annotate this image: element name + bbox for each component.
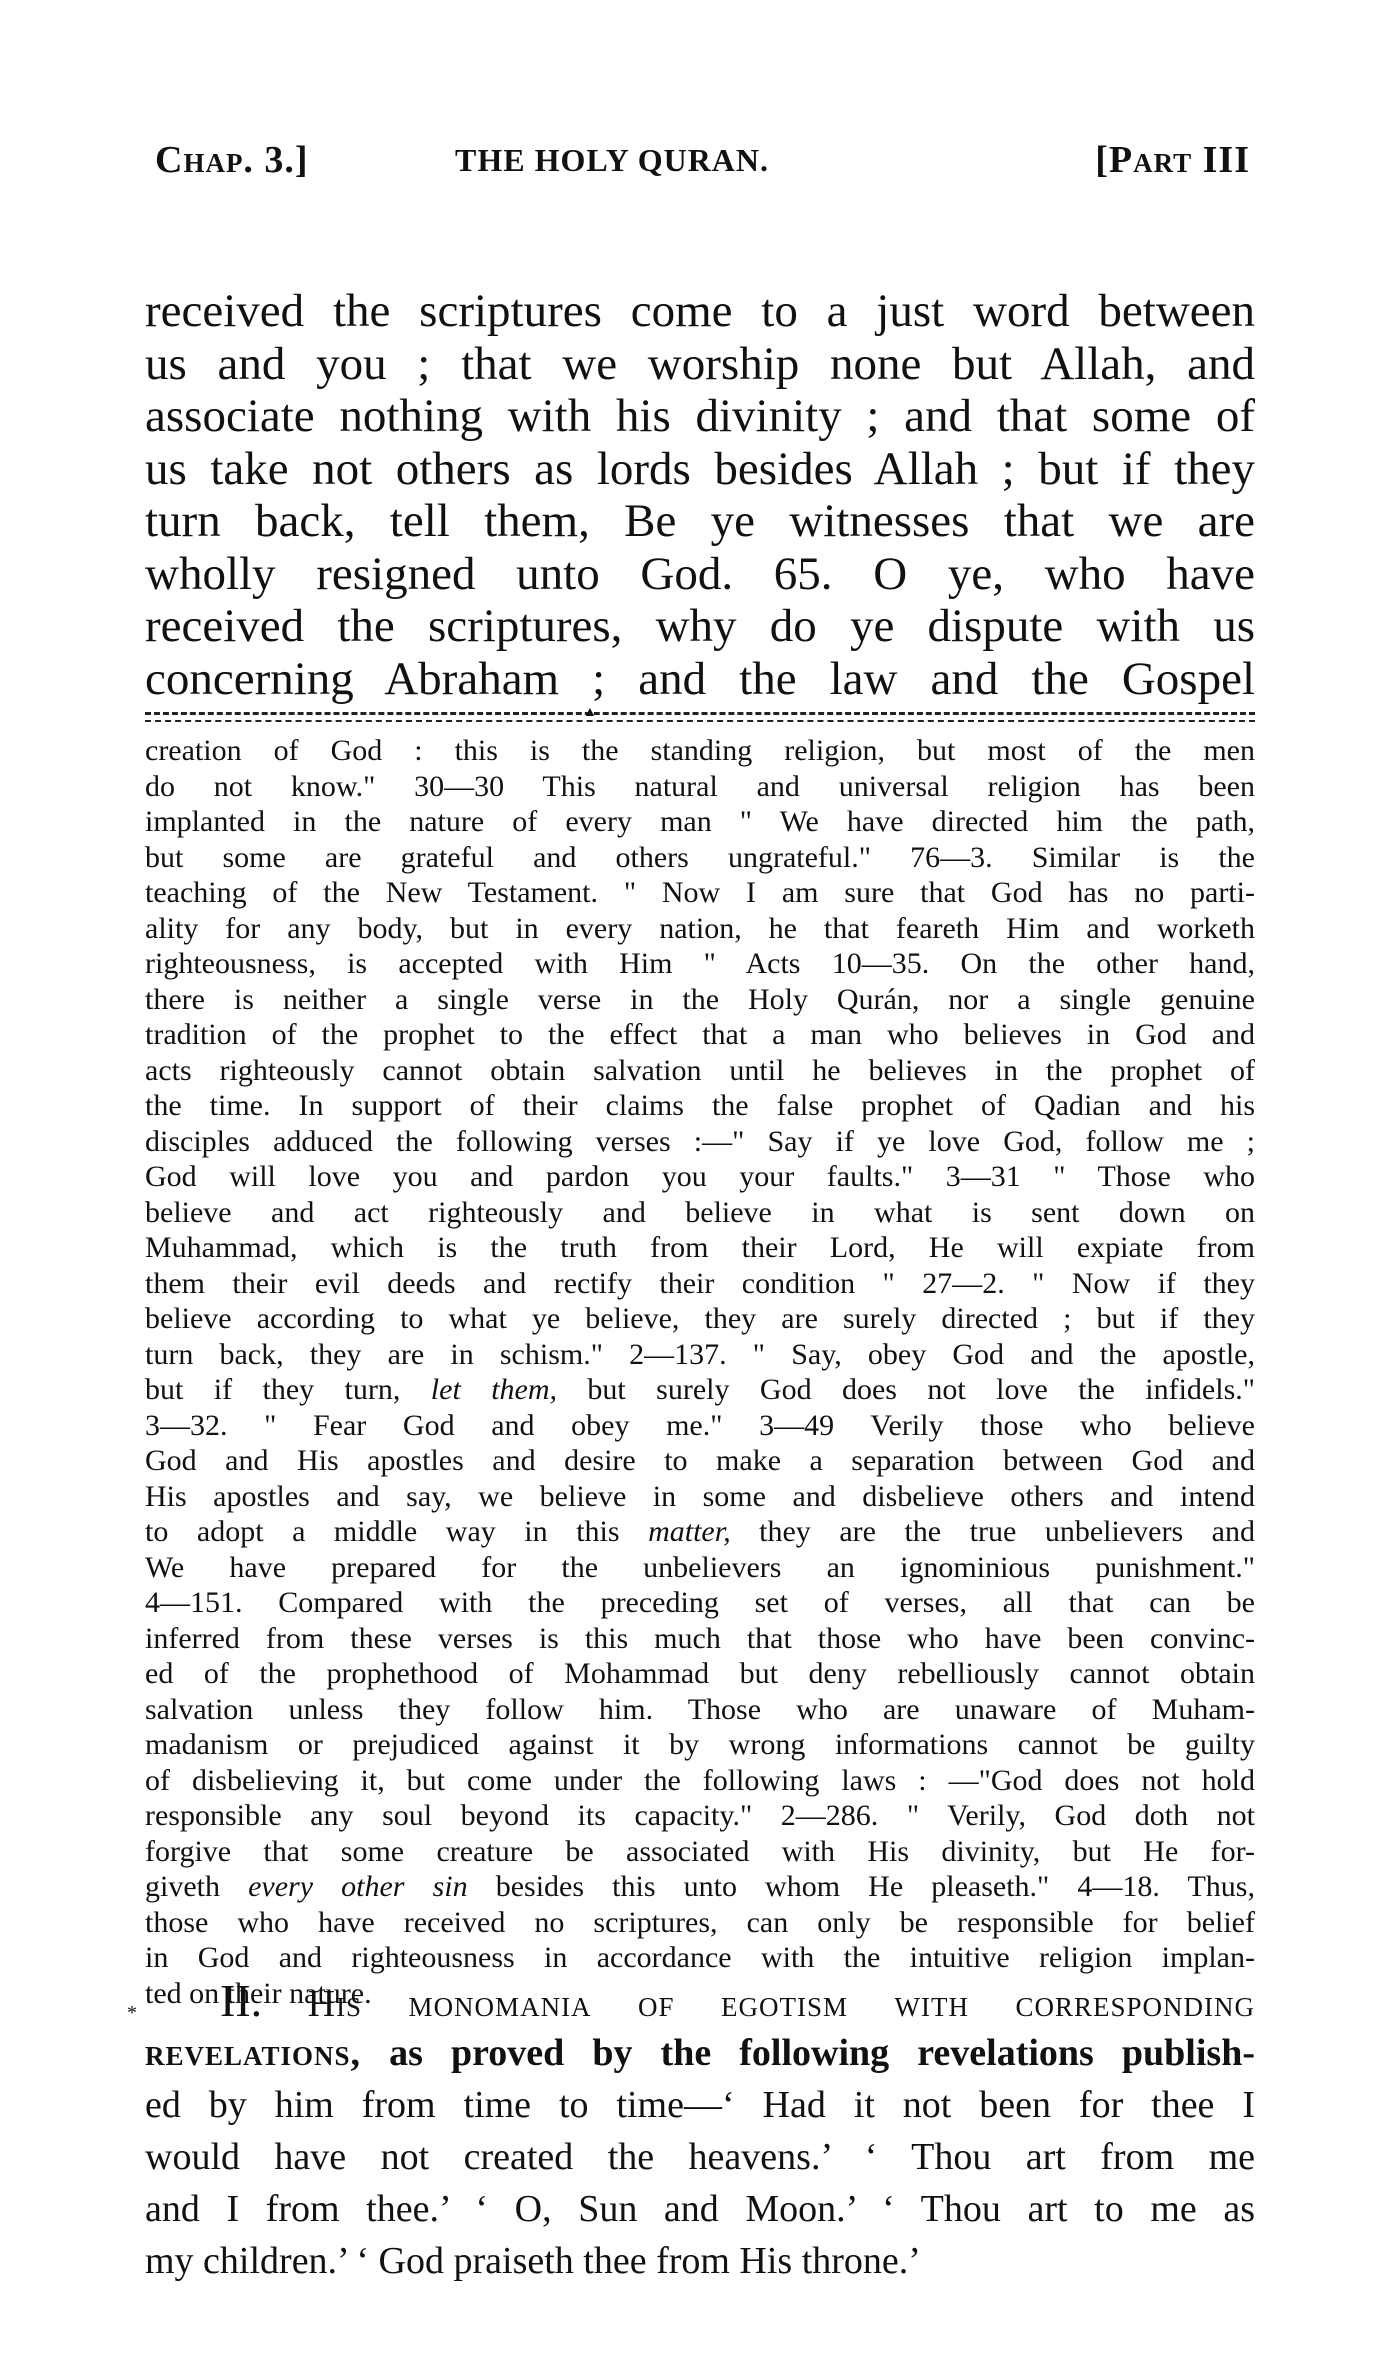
footnote-line: ality for any body, but in every nation,…	[145, 911, 1255, 947]
text-run: they are the true unbelievers and	[731, 1515, 1255, 1548]
section-heading: II. His monomania of egotism with corres…	[145, 1975, 1255, 2027]
footnote-line: God and His apostles and desire to make …	[145, 1443, 1255, 1479]
text-line: received the scriptures come to a just w…	[145, 285, 1255, 338]
footnote-line: madanism or prejudiced against it by wro…	[145, 1727, 1255, 1763]
footnote-line: inferred from these verses is this much …	[145, 1621, 1255, 1657]
footnote-line: believe and act righteously and believe …	[145, 1195, 1255, 1231]
italic-run: matter,	[648, 1515, 731, 1548]
text-line: received the scriptures, why do ye dispu…	[145, 600, 1255, 653]
section-numeral: II.	[220, 1975, 262, 2026]
text-run: as proved by the following revelations p…	[361, 2032, 1255, 2074]
running-head: Chap. 3.] THE HOLY QURAN. [Part III	[155, 138, 1250, 188]
footnote-line: acts righteously cannot obtain salvation…	[145, 1053, 1255, 1089]
section-ii: II. His monomania of egotism with corres…	[145, 1975, 1255, 2287]
footnote-line: teaching of the New Testament. " Now I a…	[145, 875, 1255, 911]
footnote-line: righteousness, is accepted with Him " Ac…	[145, 946, 1255, 982]
footnote-line: giveth every other sin besides this unto…	[145, 1869, 1255, 1905]
section-line: and I from thee.’ ‘ O, Sun and Moon.’ ‘ …	[145, 2183, 1255, 2235]
footnote-line: there is neither a single verse in the H…	[145, 982, 1255, 1018]
footnote-line: to adopt a middle way in this matter, th…	[145, 1514, 1255, 1550]
footnote-line: them their evil deeds and rectify their …	[145, 1266, 1255, 1302]
text-run: giveth	[145, 1870, 248, 1903]
text-run: but surely God does not love the infidel…	[557, 1373, 1255, 1406]
text-run: besides this unto whom He pleaseth." 4—1…	[468, 1870, 1255, 1903]
text-line: us and you ; that we worship none but Al…	[145, 338, 1255, 391]
footnote-line: disciples adduced the following verses :…	[145, 1124, 1255, 1160]
footnote-line: do not know." 30—30 This natural and uni…	[145, 769, 1255, 805]
part-label: [Part III	[1095, 138, 1250, 182]
footnote-line: in God and righteousness in accordance w…	[145, 1940, 1255, 1976]
footnote-line: salvation unless they follow him. Those …	[145, 1692, 1255, 1728]
footnote-line: We have prepared for the unbelievers an …	[145, 1550, 1255, 1586]
rule-line	[145, 712, 1255, 715]
ornament-mark-icon: ▲	[583, 706, 597, 720]
footnote-line: implanted in the nature of every man " W…	[145, 804, 1255, 840]
text-line: turn back, tell them, Be ye witnesses th…	[145, 495, 1255, 548]
footnote-separator-rule: ▲	[145, 712, 1255, 726]
italic-run: every other sin	[248, 1870, 468, 1903]
margin-asterisk-icon: *	[127, 2003, 137, 2023]
footnote-line: believe according to what ye believe, th…	[145, 1301, 1255, 1337]
section-heading-caps-continued: revelations,	[145, 2032, 361, 2074]
footnote-line: Muhammad, which is the truth from their …	[145, 1230, 1255, 1266]
text-line: concerning Abraham ; and the law and the…	[145, 653, 1255, 706]
footnote-line: responsible any soul beyond its capacity…	[145, 1798, 1255, 1834]
text-line: wholly resigned unto God. 65. O ye, who …	[145, 548, 1255, 601]
text-run: to adopt a middle way in this	[145, 1515, 648, 1548]
section-line: ed by him from time to time—‘ Had it not…	[145, 2079, 1255, 2131]
footnote-line: forgive that some creature be associated…	[145, 1834, 1255, 1870]
footnote-line: turn back, they are in schism." 2—137. "…	[145, 1337, 1255, 1373]
book-title: THE HOLY QURAN.	[455, 142, 769, 179]
italic-run: let them,	[431, 1373, 557, 1406]
footnote-line: of disbelieving it, but come under the f…	[145, 1763, 1255, 1799]
footnote-line: His apostles and say, we believe in some…	[145, 1479, 1255, 1515]
footnote-line: tradition of the prophet to the effect t…	[145, 1017, 1255, 1053]
footnote-line: creation of God : this is the standing r…	[145, 733, 1255, 769]
section-line: revelations, as proved by the following …	[145, 2027, 1255, 2079]
main-text: received the scriptures come to a just w…	[145, 285, 1255, 705]
footnote-line: but if they turn, let them, but surely G…	[145, 1372, 1255, 1408]
chapter-label: Chap. 3.]	[155, 138, 309, 182]
text-run: but if they turn,	[145, 1373, 431, 1406]
footnote-line: those who have received no scriptures, c…	[145, 1905, 1255, 1941]
section-line: my children.’ ‘ God praiseth thee from H…	[145, 2235, 1255, 2287]
footnote-line: ed of the prophethood of Mohammad but de…	[145, 1656, 1255, 1692]
section-line: would have not created the heavens.’ ‘ T…	[145, 2131, 1255, 2183]
footnote-text: creation of God : this is the standing r…	[145, 733, 1255, 2011]
text-line: associate nothing with his divinity ; an…	[145, 390, 1255, 443]
footnote-line: but some are grateful and others ungrate…	[145, 840, 1255, 876]
footnote-line: the time. In support of their claims the…	[145, 1088, 1255, 1124]
footnote-line: 4—151. Compared with the preceding set o…	[145, 1585, 1255, 1621]
text-line: us take not others as lords besides Alla…	[145, 443, 1255, 496]
section-heading-caps: His monomania of egotism with correspond…	[308, 1983, 1255, 2025]
footnote-line: God will love you and pardon you your fa…	[145, 1159, 1255, 1195]
rule-line	[145, 720, 1255, 722]
footnote-line: 3—32. " Fear God and obey me." 3—49 Veri…	[145, 1408, 1255, 1444]
book-page: Chap. 3.] THE HOLY QURAN. [Part III rece…	[0, 0, 1400, 2360]
